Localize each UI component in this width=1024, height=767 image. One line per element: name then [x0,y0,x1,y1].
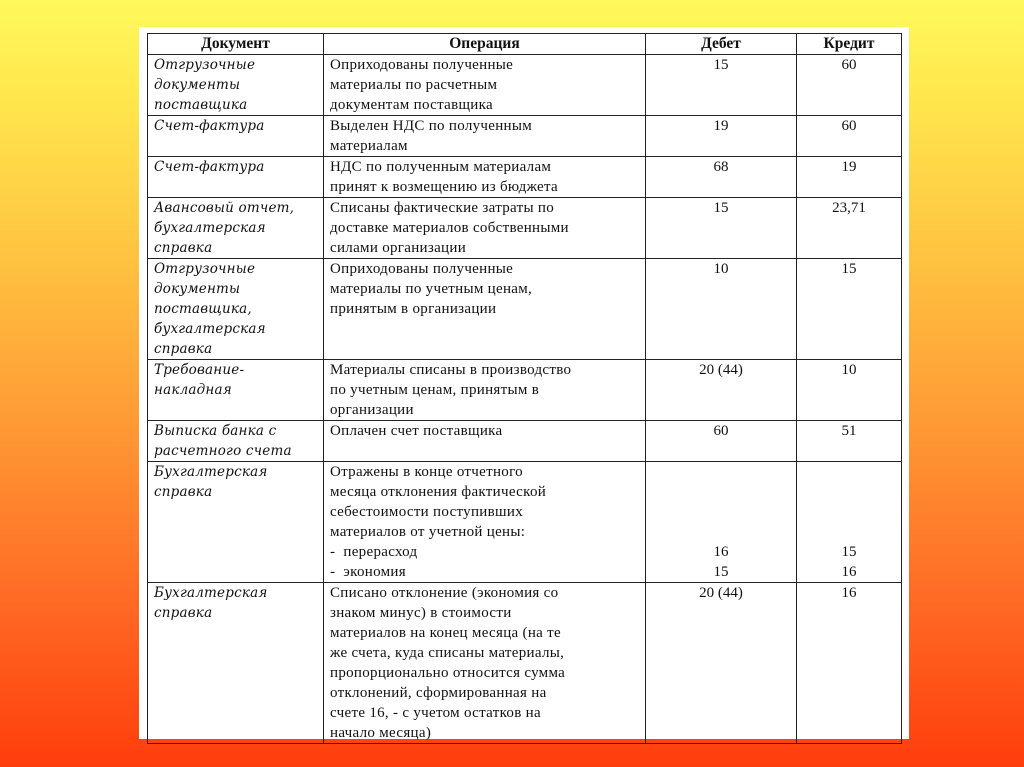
credit-cell-line: 23,71 [803,198,895,218]
document-cell-line: накладная [154,380,317,400]
table-row: Выписка банка срасчетного счетаОплачен с… [148,421,902,462]
document-cell-line: Бухгалтерская [154,462,317,482]
operation-cell-line: доставке материалов собственными [330,218,639,238]
debit-cell: 15 [646,55,797,116]
document-cell-line: справка [154,339,317,359]
operation-cell: Материалы списаны в производствопо учетн… [324,360,646,421]
table-row: Счет-фактураВыделен НДС по полученныммат… [148,116,902,157]
operation-cell-line: документам поставщика [330,95,639,115]
table-row: Авансовый отчет,бухгалтерскаясправкаСпис… [148,198,902,259]
table-row: БухгалтерскаясправкаСписано отклонение (… [148,583,902,744]
operation-cell: Оприходованы полученныематериалы по учет… [324,259,646,360]
debit-cell-line [652,462,790,482]
debit-cell-line: 16 [652,542,790,562]
credit-cell-line: 51 [803,421,895,441]
credit-cell: 23,71 [797,198,902,259]
debit-cell: 1615 [646,462,797,583]
operation-cell-line: НДС по полученным материалам [330,157,639,177]
document-cell-line: поставщика, [154,299,317,319]
document-cell: Выписка банка срасчетного счета [148,421,324,462]
credit-cell-line [803,482,895,502]
document-cell-line: Счет-фактура [154,157,317,177]
operation-cell-line: месяца отклонения фактической [330,482,639,502]
operation-cell-line: же счета, куда списаны материалы, [330,643,639,663]
credit-cell: 10 [797,360,902,421]
credit-cell: 60 [797,55,902,116]
credit-cell-line: 16 [803,562,895,582]
document-cell-line: расчетного счета [154,441,317,461]
document-cell-line: бухгалтерская [154,319,317,339]
debit-cell-line: 19 [652,116,790,136]
operation-cell-line: себестоимости поступивших [330,502,639,522]
debit-cell-line [652,482,790,502]
document-cell-line: поставщика [154,95,317,115]
operation-cell-line: отклонений, сформированная на [330,683,639,703]
operation-cell-line: - перерасход [330,542,639,562]
operation-cell-line: Выделен НДС по полученным [330,116,639,136]
operation-cell-line: Списаны фактические затраты по [330,198,639,218]
credit-cell: 1516 [797,462,902,583]
table-row: БухгалтерскаясправкаОтражены в конце отч… [148,462,902,583]
credit-cell-line: 15 [803,259,895,279]
document-cell: Отгрузочныедокументыпоставщика [148,55,324,116]
document-cell: Счет-фактура [148,157,324,198]
credit-cell-line [803,522,895,542]
header-credit: Кредит [797,34,902,55]
debit-cell-line: 20 (44) [652,583,790,603]
credit-cell: 15 [797,259,902,360]
operation-cell-line: пропорционально относится сумма [330,663,639,683]
debit-cell: 10 [646,259,797,360]
header-document: Документ [148,34,324,55]
debit-cell: 20 (44) [646,360,797,421]
credit-cell: 51 [797,421,902,462]
operation-cell-line: принятым в организации [330,299,639,319]
operation-cell-line: Оприходованы полученные [330,55,639,75]
operation-cell-line: Оприходованы полученные [330,259,639,279]
operation-cell: Списаны фактические затраты подоставке м… [324,198,646,259]
document-cell-line: Требование- [154,360,317,380]
operation-cell-line: Оплачен счет поставщика [330,421,639,441]
document-cell: Требование-накладная [148,360,324,421]
document-cell: Счет-фактура [148,116,324,157]
operation-cell-line: силами организации [330,238,639,258]
debit-cell-line [652,522,790,542]
debit-cell-line: 15 [652,198,790,218]
document-cell-line: Авансовый отчет, [154,198,317,218]
accounting-entries-table: Документ Операция Дебет Кредит Отгрузочн… [147,33,902,744]
header-debit: Дебет [646,34,797,55]
credit-cell-line: 60 [803,55,895,75]
operation-cell: Списано отклонение (экономия сознаком ми… [324,583,646,744]
operation-cell-line: Списано отклонение (экономия со [330,583,639,603]
operation-cell-line: Материалы списаны в производство [330,360,639,380]
document-cell-line: документы [154,75,317,95]
table-row: Требование-накладнаяМатериалы списаны в … [148,360,902,421]
credit-cell: 19 [797,157,902,198]
credit-cell-line: 16 [803,583,895,603]
document-cell-line: бухгалтерская [154,218,317,238]
operation-cell-line: материалам [330,136,639,156]
operation-cell-line: знаком минус) в стоимости [330,603,639,623]
debit-cell-line: 60 [652,421,790,441]
debit-cell: 19 [646,116,797,157]
credit-cell-line: 19 [803,157,895,177]
credit-cell-line: 15 [803,542,895,562]
document-cell: Авансовый отчет,бухгалтерскаясправка [148,198,324,259]
document-cell-line: Счет-фактура [154,116,317,136]
operation-cell-line: материалы по расчетным [330,75,639,95]
document-cell-line: Отгрузочные [154,55,317,75]
debit-cell-line: 68 [652,157,790,177]
operation-cell: Оприходованы полученныематериалы по расч… [324,55,646,116]
operation-cell-line: Отражены в конце отчетного [330,462,639,482]
debit-cell: 60 [646,421,797,462]
credit-cell-line: 60 [803,116,895,136]
operation-cell: Выделен НДС по полученнымматериалам [324,116,646,157]
debit-cell-line: 20 (44) [652,360,790,380]
operation-cell-line: материалы по учетным ценам, [330,279,639,299]
debit-cell-line: 15 [652,55,790,75]
debit-cell: 68 [646,157,797,198]
operation-cell: НДС по полученным материалампринят к воз… [324,157,646,198]
credit-cell-line [803,462,895,482]
operation-cell: Отражены в конце отчетногомесяца отклоне… [324,462,646,583]
operation-cell-line: материалов от учетной цены: [330,522,639,542]
document-cell-line: Отгрузочные [154,259,317,279]
debit-cell-line: 15 [652,562,790,582]
operation-cell-line: - экономия [330,562,639,582]
credit-cell: 16 [797,583,902,744]
document-cell-line: справка [154,238,317,258]
table-row: ОтгрузочныедокументыпоставщикаОприходова… [148,55,902,116]
operation-cell-line: начало месяца) [330,723,639,743]
operation-cell-line: счете 16, - с учетом остатков на [330,703,639,723]
document-cell-line: документы [154,279,317,299]
credit-cell-line [803,502,895,522]
debit-cell-line: 10 [652,259,790,279]
document-cell-line: справка [154,603,317,623]
debit-cell: 15 [646,198,797,259]
credit-cell: 60 [797,116,902,157]
header-operation: Операция [324,34,646,55]
debit-cell: 20 (44) [646,583,797,744]
document-cell-line: Бухгалтерская [154,583,317,603]
operation-cell: Оплачен счет поставщика [324,421,646,462]
document-cell-line: Выписка банка с [154,421,317,441]
document-cell-line: справка [154,482,317,502]
table-row: Счет-фактураНДС по полученным материалам… [148,157,902,198]
credit-cell-line: 10 [803,360,895,380]
operation-cell-line: организации [330,400,639,420]
slide-panel: Документ Операция Дебет Кредит Отгрузочн… [139,27,909,739]
table-row: Отгрузочныедокументыпоставщика,бухгалтер… [148,259,902,360]
operation-cell-line: принят к возмещению из бюджета [330,177,639,197]
operation-cell-line: материалов на конец месяца (на те [330,623,639,643]
debit-cell-line [652,502,790,522]
table-header-row: Документ Операция Дебет Кредит [148,34,902,55]
document-cell: Бухгалтерскаясправка [148,462,324,583]
document-cell: Бухгалтерскаясправка [148,583,324,744]
document-cell: Отгрузочныедокументыпоставщика,бухгалтер… [148,259,324,360]
operation-cell-line: по учетным ценам, принятым в [330,380,639,400]
